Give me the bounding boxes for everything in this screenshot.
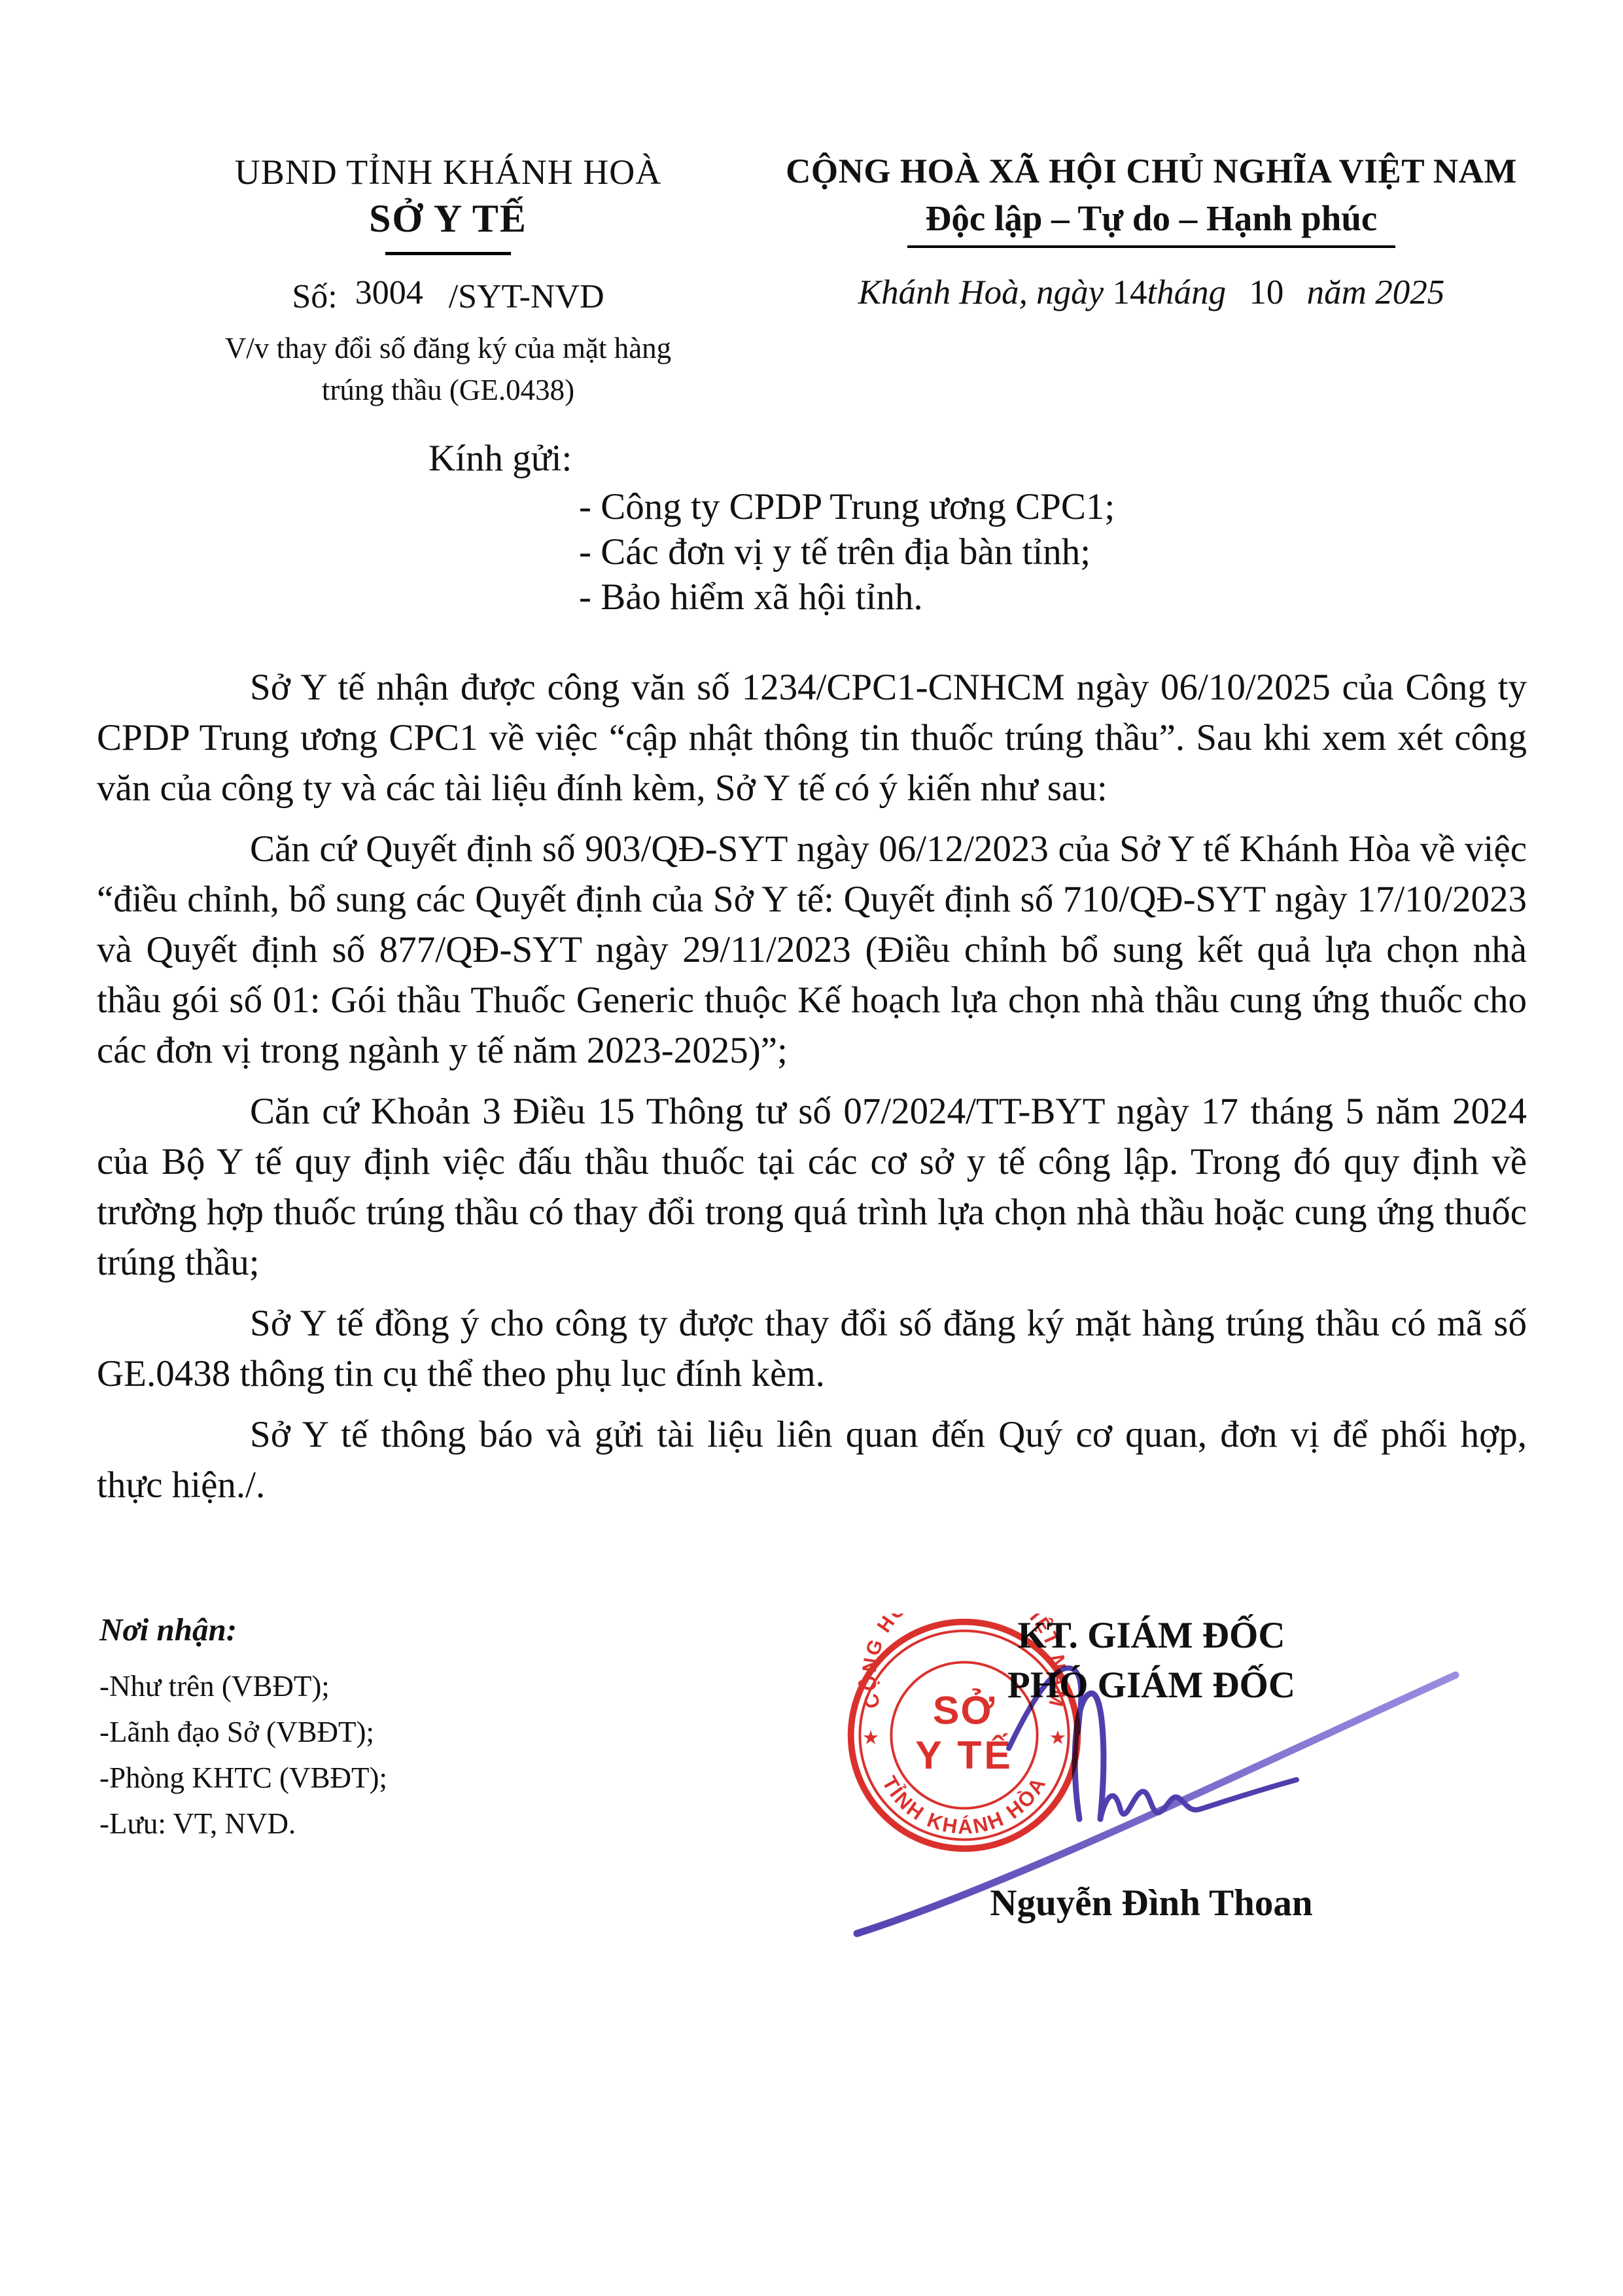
- body-paragraph: Căn cứ Quyết định số 903/QĐ-SYT ngày 06/…: [97, 824, 1527, 1076]
- date-month: 10: [1249, 274, 1283, 311]
- body-paragraph: Căn cứ Khoản 3 Điều 15 Thông tư số 07/20…: [97, 1086, 1527, 1288]
- recipient-list: - Công ty CPDP Trung ương CPC1; - Các đơ…: [579, 484, 1115, 620]
- signature-entry-stroke: [1009, 1668, 1081, 1748]
- recipient-item: - Công ty CPDP Trung ương CPC1;: [579, 484, 1115, 529]
- document-number-value: 3004: [346, 274, 440, 311]
- document-subject: V/v thay đổi số đăng ký của mặt hàng trú…: [147, 328, 749, 412]
- signer-name: Nguyễn Đình Thoan: [929, 1882, 1374, 1924]
- parent-org: UBND TỈNH KHÁNH HOÀ: [147, 152, 749, 192]
- body-paragraph: Sở Y tế thông báo và gửi tài liệu liên q…: [97, 1409, 1527, 1510]
- document-number-label: Số:: [292, 278, 337, 315]
- place-date-line: Khánh Hoà, ngày 14tháng 10 năm 2025: [762, 273, 1541, 312]
- nation-title: CỘNG HOÀ XÃ HỘI CHỦ NGHĨA VIỆT NAM: [762, 152, 1541, 191]
- noi-nhan-item: -Như trên (VBĐT);: [99, 1663, 387, 1709]
- noi-nhan-item: -Lưu: VT, NVD.: [99, 1801, 387, 1846]
- signature-scribble-stroke: [1100, 1780, 1297, 1819]
- official-letter-page: UBND TỈNH KHÁNH HOÀ SỞ Y TẾ Số: 3004 /SY…: [0, 0, 1623, 2296]
- date-day: 14: [1112, 274, 1147, 311]
- issuing-org-block: UBND TỈNH KHÁNH HOÀ SỞ Y TẾ Số: 3004 /SY…: [147, 152, 749, 412]
- subject-line-2: trúng thầu (GE.0438): [147, 370, 749, 412]
- recipient-item: - Bảo hiểm xã hội tỉnh.: [579, 574, 1115, 620]
- org-name: SỞ Y TẾ: [147, 196, 749, 241]
- org-underline: [385, 252, 511, 255]
- subject-line-1: V/v thay đổi số đăng ký của mặt hàng: [147, 328, 749, 370]
- date-nam: năm: [1307, 274, 1367, 311]
- date-thang: tháng: [1147, 274, 1226, 311]
- noi-nhan-list: -Như trên (VBĐT); -Lãnh đạo Sở (VBĐT); -…: [99, 1663, 387, 1846]
- noi-nhan-item: -Lãnh đạo Sở (VBĐT);: [99, 1709, 387, 1755]
- national-header-block: CỘNG HOÀ XÃ HỘI CHỦ NGHĨA VIỆT NAM Độc l…: [762, 152, 1541, 312]
- noi-nhan-item: -Phòng KHTC (VBĐT);: [99, 1755, 387, 1801]
- document-number-line: Số: 3004 /SYT-NVD: [147, 277, 749, 316]
- date-year: 2025: [1375, 274, 1444, 311]
- salutation-label: Kính gửi:: [428, 437, 572, 480]
- noi-nhan-label: Nơi nhận:: [99, 1611, 237, 1648]
- body-paragraph: Sở Y tế đồng ý cho công ty được thay đổi…: [97, 1298, 1527, 1399]
- letter-body: Sở Y tế nhận được công văn số 1234/CPC1-…: [97, 662, 1527, 1521]
- document-number-suffix: /SYT-NVD: [449, 278, 604, 315]
- body-paragraph: Sở Y tế nhận được công văn số 1234/CPC1-…: [97, 662, 1527, 813]
- recipient-item: - Các đơn vị y tế trên địa bàn tỉnh;: [579, 529, 1115, 574]
- date-prefix: Khánh Hoà, ngày: [858, 274, 1104, 311]
- national-motto: Độc lập – Tự do – Hạnh phúc: [907, 198, 1396, 248]
- signature-loop-stroke: [1075, 1693, 1104, 1819]
